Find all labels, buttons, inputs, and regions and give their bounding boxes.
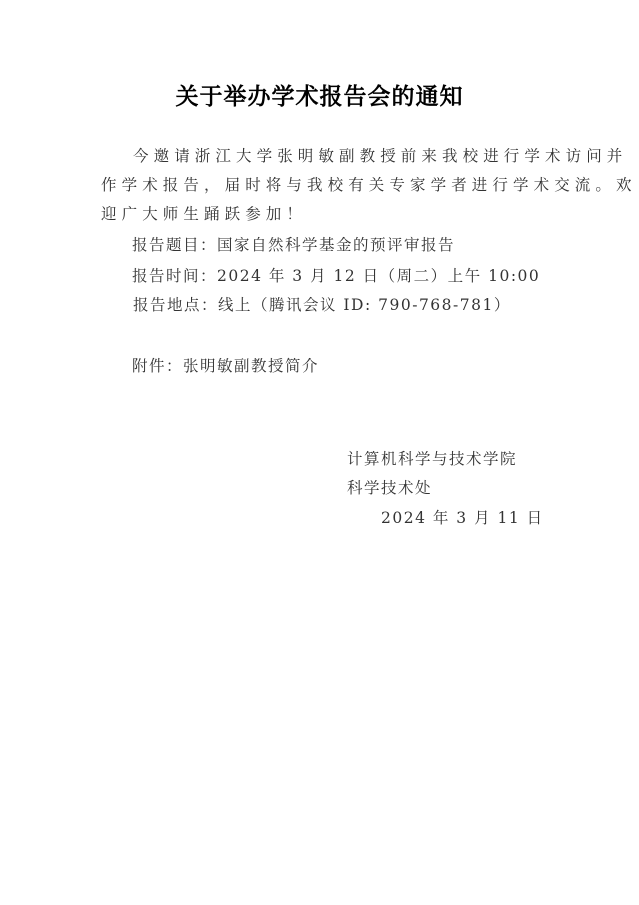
body-line-3: 迎广大师生踊跃参加！	[101, 204, 307, 224]
signature-date: 2024 年 3 月 11 日	[381, 508, 544, 528]
report-topic: 报告题目：国家自然科学基金的预评审报告	[132, 235, 455, 255]
report-time: 报告时间：2024 年 3 月 12 日（周二）上午 10:00	[132, 266, 540, 286]
body-line-2: 作学术报告，届时将与我校有关专家学者进行学术交流。欢	[101, 175, 637, 195]
attachment-note: 附件：张明敏副教授简介	[132, 356, 319, 376]
report-location: 报告地点：线上（腾讯会议 ID: 790-768-781）	[133, 295, 511, 315]
signature-org-2: 科学技术处	[347, 478, 432, 498]
signature-org-1: 计算机科学与技术学院	[347, 449, 517, 469]
document-title: 关于举办学术报告会的通知	[0, 78, 639, 111]
body-line-1: 今邀请浙江大学张明敏副教授前来我校进行学术访问并	[133, 146, 627, 166]
